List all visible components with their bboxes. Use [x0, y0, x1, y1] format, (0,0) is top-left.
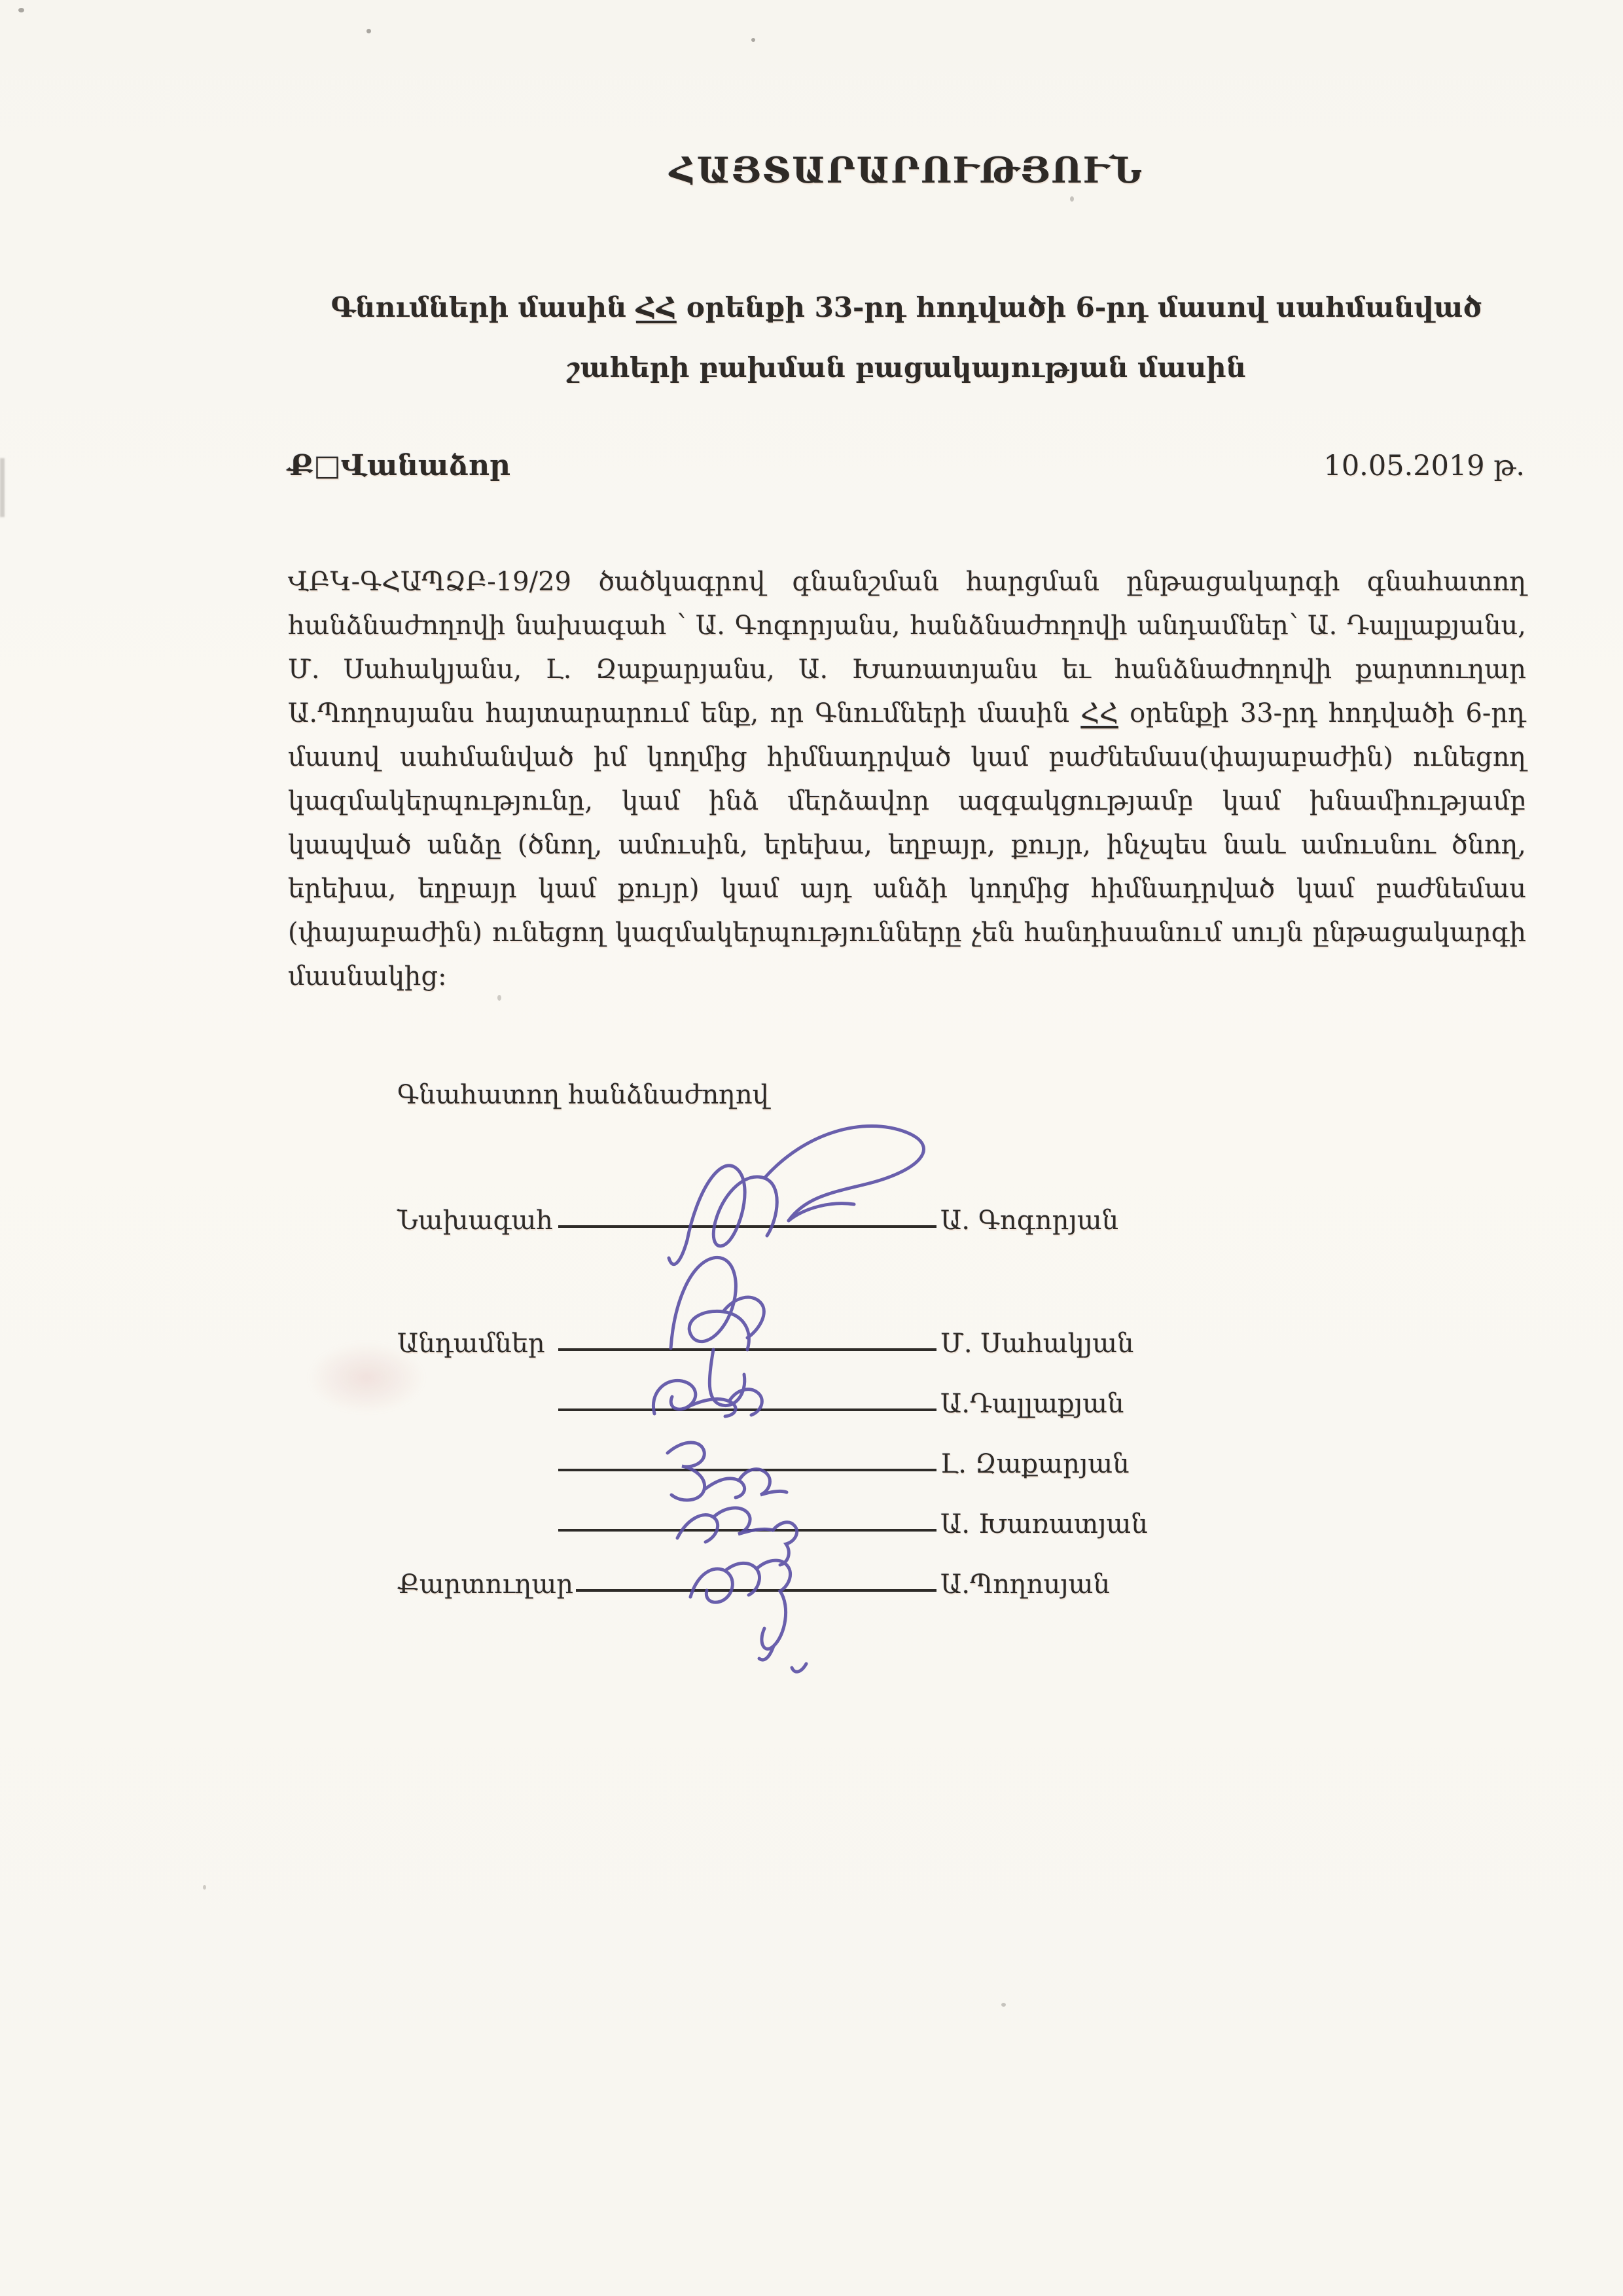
signatory-name: Լ. Զաքարյան — [940, 1449, 1137, 1480]
signature-line — [558, 1408, 936, 1411]
scan-speck — [1001, 2003, 1006, 2007]
body-paragraph: ՎԲԿ-ԳՀԱՊՁԲ-19/29 ծածկագրով գնանշման հարց… — [288, 560, 1526, 999]
signatory-name: Ա.Դալլաքյան — [940, 1389, 1137, 1420]
signatory-name: Ա.Պողոսյան — [940, 1570, 1137, 1601]
scan-speck — [18, 8, 24, 12]
subtitle-segment: Գնումների մասին — [331, 291, 636, 323]
subtitle-segment: օրենքի 33-րդ հոդվածի 6-րդ մասով սահմանվա… — [567, 291, 1482, 384]
signature-line — [558, 1225, 936, 1228]
signature-label: Անդամներ — [397, 1329, 556, 1360]
signature-label — [397, 1419, 556, 1420]
signature-rows: Նախագահ Ա. Գոգորյան Անդամներ Մ. Սահակյան… — [397, 1177, 1137, 1601]
scan-speck — [751, 38, 755, 42]
scan-edge-scratch — [0, 458, 5, 517]
signature-row-secretary: Քարտուղար Ա.Պողոսյան — [397, 1541, 1137, 1601]
signature-row-gap — [397, 1237, 1137, 1300]
body-segment-underlined: ՀՀ — [1080, 698, 1118, 728]
signature-line — [558, 1348, 936, 1351]
committee-heading: Գնահատող հանձնաժողով — [397, 1080, 769, 1110]
signatory-name: Ա. Գոգորյան — [940, 1206, 1137, 1237]
place-label: Ք□Վանաձոր — [288, 449, 510, 482]
signature-label: Քարտուղար — [397, 1570, 573, 1601]
signature-row-member: Ա.Դալլաքյան — [397, 1360, 1137, 1420]
body-segment: օրենքի 33-րդ հոդվածի 6-րդ մասով սահմանվա… — [288, 698, 1526, 992]
scan-speck — [366, 29, 371, 33]
signature-line — [558, 1469, 936, 1471]
signature-label: Նախագահ — [397, 1206, 556, 1237]
document-subtitle: Գնումների մասին ՀՀ օրենքի 33-րդ հոդվածի … — [288, 278, 1525, 398]
signatory-name: Մ. Սահակյան — [940, 1329, 1137, 1360]
signature-label — [397, 1479, 556, 1480]
signature-row-member: Անդամներ Մ. Սահակյան — [397, 1300, 1137, 1360]
signature-row-member: Ա. Խառատյան — [397, 1480, 1137, 1541]
scan-speck — [1070, 196, 1074, 202]
place-date-row: Ք□Վանաձոր 10.05.2019 թ. — [288, 449, 1525, 482]
scan-speck — [203, 1885, 206, 1890]
page-title: ՀԱՅՏԱՐԱՐՈՒԹՅՈՒՆ — [288, 149, 1525, 191]
subtitle-segment-underlined: ՀՀ — [636, 291, 677, 323]
signature-line — [576, 1589, 936, 1592]
signature-row-chairman: Նախագահ Ա. Գոգորյան — [397, 1177, 1137, 1237]
signatory-name: Ա. Խառատյան — [940, 1509, 1137, 1541]
signature-line — [558, 1529, 936, 1532]
signature-label — [397, 1539, 556, 1541]
scanned-document-page: ՀԱՅՏԱՐԱՐՈՒԹՅՈՒՆ Գնումների մասին ՀՀ օրենք… — [0, 0, 1623, 2296]
signature-row-member: Լ. Զաքարյան — [397, 1420, 1137, 1480]
date-label: 10.05.2019 թ. — [1323, 450, 1525, 482]
